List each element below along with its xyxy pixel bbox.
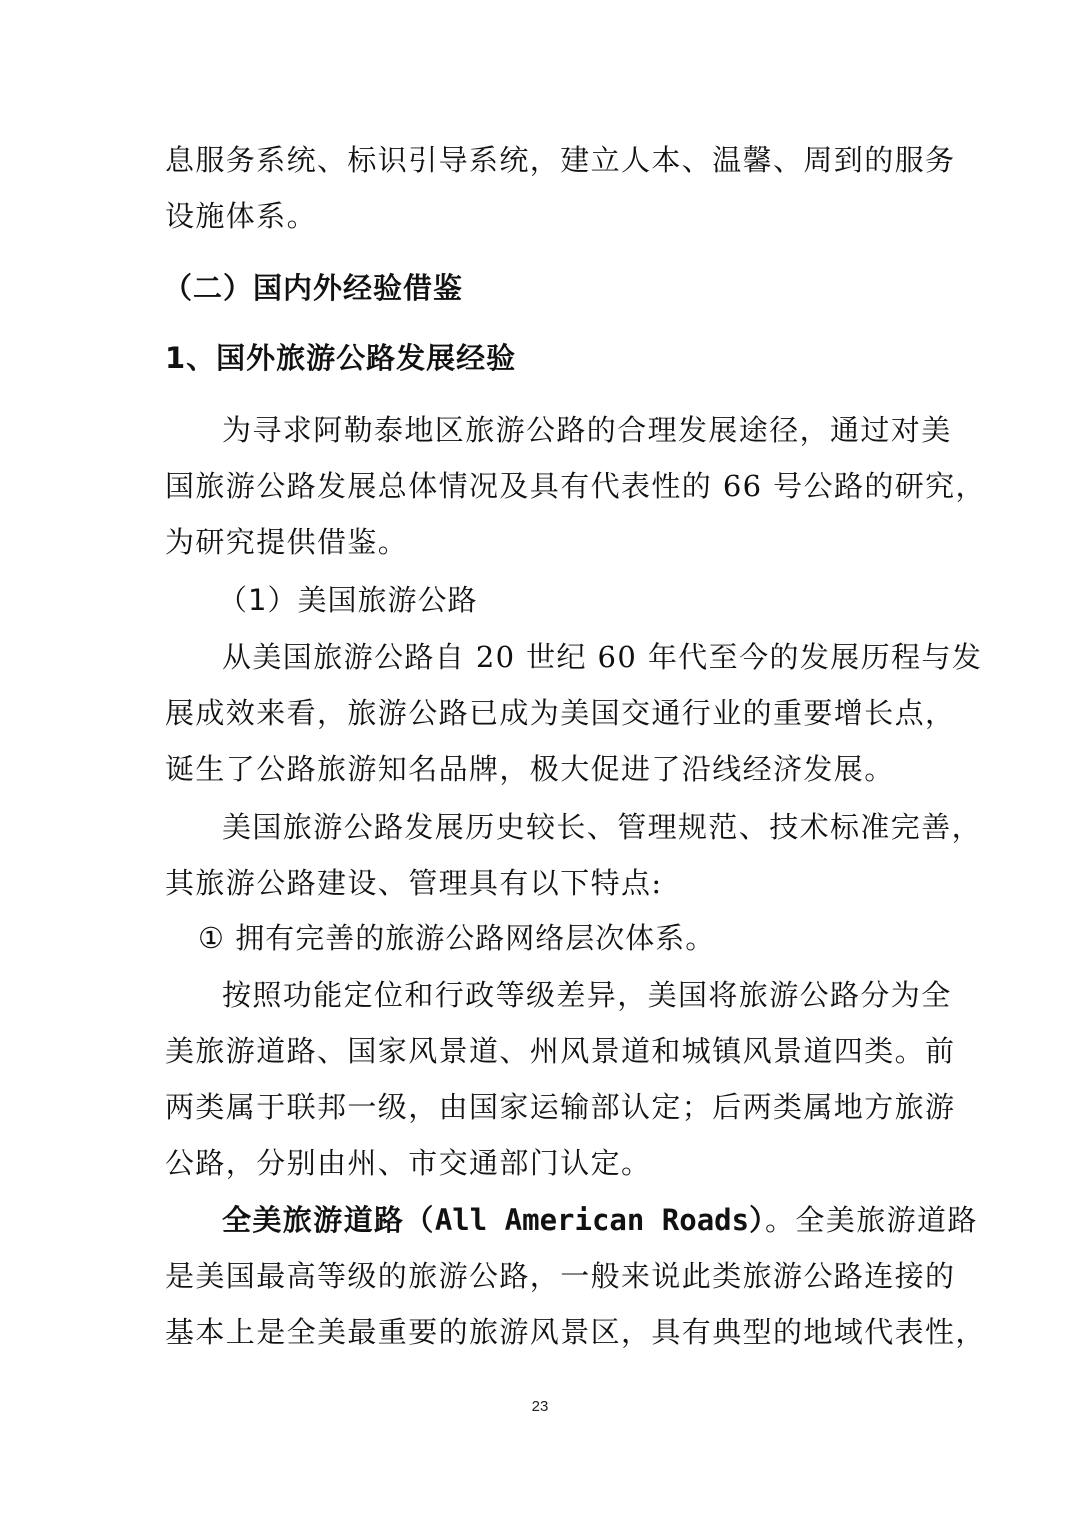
- paragraph-line: 其旅游公路建设、管理具有以下特点:: [165, 863, 925, 903]
- paragraph-line: 公路，分别由州、市交通部门认定。: [165, 1143, 925, 1183]
- document-page: 息服务系统、标识引导系统，建立人本、温馨、周到的服务 设施体系。 （二）国内外经…: [0, 0, 1080, 1528]
- paragraph-line: 美国旅游公路发展历史较长、管理规范、技术标准完善，: [222, 807, 982, 847]
- paragraph-line: 从美国旅游公路自 20 世纪 60 年代至今的发展历程与发: [222, 637, 982, 677]
- paragraph-line: 设施体系。: [165, 196, 925, 236]
- paragraph-line: 为寻求阿勒泰地区旅游公路的合理发展途径，通过对美: [222, 410, 982, 450]
- paragraph-line: 是美国最高等级的旅游公路，一般来说此类旅游公路连接的: [165, 1256, 925, 1296]
- paragraph-line-all-american-roads: 全美旅游道路（All American Roads）。全美旅游道路: [222, 1200, 982, 1240]
- paragraph-line: 诞生了公路旅游知名品牌，极大促进了沿线经济发展。: [165, 749, 925, 789]
- feature-heading: ① 拥有完善的旅游公路网络层次体系。: [198, 918, 958, 958]
- paragraph-line: 息服务系统、标识引导系统，建立人本、温馨、周到的服务: [165, 140, 925, 180]
- term-close-paren: ）: [749, 1203, 765, 1237]
- term-all-american-roads: 全美旅游道路（: [222, 1203, 435, 1237]
- subheading-us-tourist-roads: （1）美国旅游公路: [218, 580, 978, 620]
- paragraph-line: 展成效来看，旅游公路已成为美国交通行业的重要增长点，: [165, 693, 925, 733]
- paragraph-line: 按照功能定位和行政等级差异，美国将旅游公路分为全: [222, 975, 982, 1015]
- paragraph-line: 美旅游道路、国家风景道、州风景道和城镇风景道四类。前: [165, 1031, 925, 1071]
- paragraph-line: 两类属于联邦一级，由国家运输部认定；后两类属地方旅游: [165, 1087, 925, 1127]
- paragraph-line: 为研究提供借鉴。: [165, 522, 925, 562]
- page-number: 23: [0, 1398, 1080, 1415]
- term-english: All American Roads: [435, 1203, 749, 1237]
- paragraph-line: 基本上是全美最重要的旅游风景区，具有典型的地域代表性，: [165, 1312, 925, 1352]
- paragraph-line: 国旅游公路发展总体情况及具有代表性的 66 号公路的研究，: [165, 466, 925, 506]
- subsection-heading: 1、国外旅游公路发展经验: [165, 338, 925, 378]
- term-description: 。全美旅游道路: [765, 1203, 978, 1237]
- section-heading: （二）国内外经验借鉴: [163, 268, 923, 308]
